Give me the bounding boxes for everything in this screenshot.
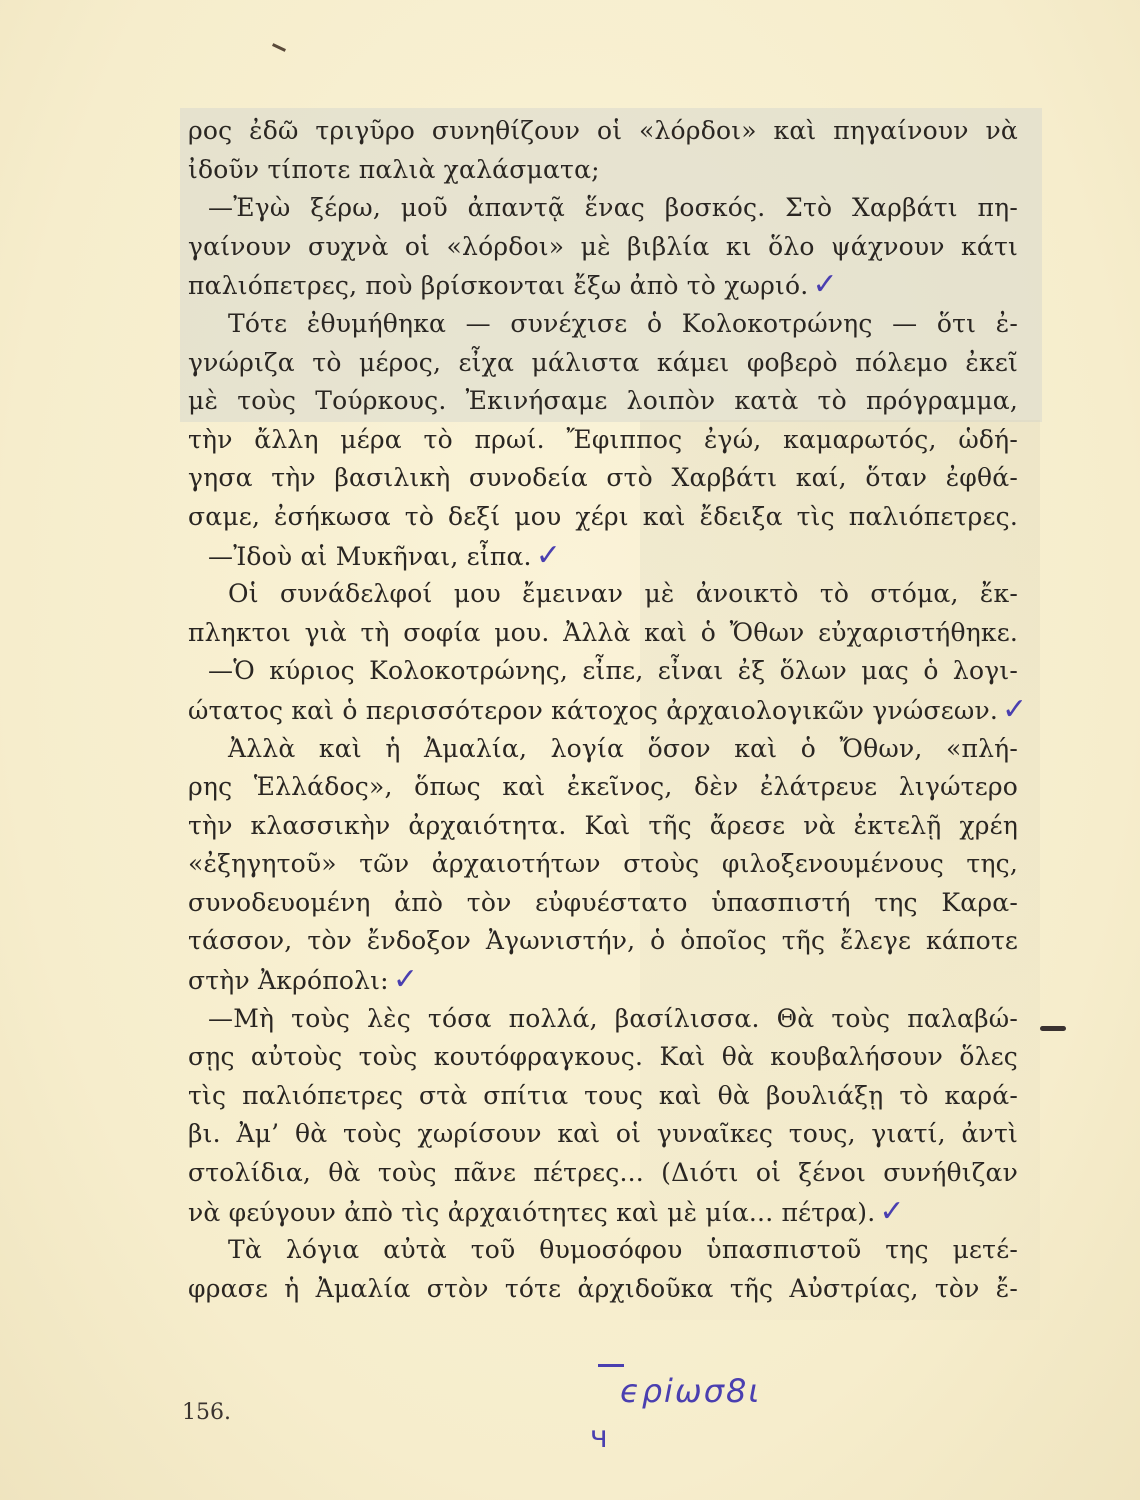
text-line-content: γνώριζα τὸ μέρος, εἶχα μάλιστα κάμει φοβ… — [188, 348, 1018, 377]
text-line: Τότε ἐθυμήθηκα — συνέχισε ὁ Κολοκοτρώνης… — [188, 305, 1018, 344]
text-line: νὰ φεύγουν ἀπὸ τὶς ἀρχαιότητες καὶ μὲ μί… — [188, 1193, 1018, 1232]
text-line: παλιόπετρες, ποὺ βρίσκονται ἔξω ἀπὸ τὸ χ… — [188, 266, 1018, 305]
text-line-content: μὲ τοὺς Τούρκους. Ἐκινήσαμε λοιπὸν κατὰ … — [188, 386, 1018, 415]
text-line: ἰδοῦν τίποτε παλιὰ χαλάσματα; — [188, 151, 1018, 190]
text-line: —Μὴ τοὺς λὲς τόσα πολλά, βασίλισσα. Θὰ τ… — [188, 1000, 1018, 1039]
text-line: —Ἰδοὺ αἱ Μυκῆναι, εἶπα.✓ — [188, 537, 1018, 576]
text-line: Ἀλλὰ καὶ ἡ Ἀμαλία, λογία ὅσον καὶ ὁ Ὄθων… — [188, 730, 1018, 769]
text-line: γαίνουν συχνὰ οἱ «λόρδοι» μὲ βιβλία κι ὅ… — [188, 228, 1018, 267]
text-line-content: Ἀλλὰ καὶ ἡ Ἀμαλία, λογία ὅσον καὶ ὁ Ὄθων… — [228, 734, 1018, 763]
text-line: —Ἐγὼ ξέρω, μοῦ ἀπαντᾷ ἕνας βοσκός. Στὸ Χ… — [188, 189, 1018, 228]
text-line: «ἐξηγητοῦ» τῶν ἀρχαιοτήτων στοὺς φιλοξεν… — [188, 845, 1018, 884]
handwritten-dash — [598, 1364, 624, 1367]
page-number: 156. — [182, 1400, 231, 1425]
text-line: πληκτοι γιὰ τὴ σοφία μου. Ἀλλὰ καὶ ὁ Ὄθω… — [188, 614, 1018, 653]
text-line-content: στολίδια, θὰ τοὺς πᾶνε πέτρες... (Διότι … — [188, 1158, 1018, 1187]
stray-ink-mark — [272, 43, 286, 52]
text-line-content: βι. Ἀμ’ θὰ τοὺς χωρίσουν καὶ οἱ γυναῖκες… — [188, 1119, 1018, 1148]
text-line-content: γησα τὴν βασιλικὴ συνοδεία στὸ Χαρβάτι κ… — [188, 463, 1018, 492]
text-line: τάσσον, τὸν ἔνδοξον Ἀγωνιστήν, ὁ ὁποῖος … — [188, 922, 1018, 961]
text-line-content: σῃς αὐτοὺς τοὺς κουτόφραγκους. Καὶ θὰ κο… — [188, 1042, 1018, 1071]
text-line-content: τὴν ἄλλη μέρα τὸ πρωί. Ἔφιππος ἐγώ, καμα… — [188, 425, 1018, 454]
text-line: στὴν Ἀκρόπολι:✓ — [188, 961, 1018, 1000]
handwritten-check-icon: ✓ — [879, 1194, 904, 1229]
text-line-content: ἰδοῦν τίποτε παλιὰ χαλάσματα; — [188, 155, 600, 184]
text-line-content: στὴν Ἀκρόπολι: — [188, 966, 389, 995]
text-line: τὴν ἄλλη μέρα τὸ πρωί. Ἔφιππος ἐγώ, καμα… — [188, 421, 1018, 460]
text-line: στολίδια, θὰ τοὺς πᾶνε πέτρες... (Διότι … — [188, 1154, 1018, 1193]
text-line: Οἱ συνάδελφοί μου ἔμειναν μὲ ἀνοικτὸ τὸ … — [188, 575, 1018, 614]
text-line: μὲ τοὺς Τούρκους. Ἐκινήσαμε λοιπὸν κατὰ … — [188, 382, 1018, 421]
text-line-content: τὶς παλιόπετρες στὰ σπίτια τους καὶ θὰ β… — [188, 1081, 1018, 1110]
text-line-content: γαίνουν συχνὰ οἱ «λόρδοι» μὲ βιβλία κι ὅ… — [188, 232, 1018, 261]
text-line-content: «ἐξηγητοῦ» τῶν ἀρχαιοτήτων στοὺς φιλοξεν… — [188, 849, 1018, 878]
text-line-content: Τότε ἐθυμήθηκα — συνέχισε ὁ Κολοκοτρώνης… — [228, 309, 1018, 338]
text-line: τὴν κλασσικὴν ἀρχαιότητα. Καὶ τῆς ἄρεσε … — [188, 807, 1018, 846]
text-line: συνοδευομένη ἀπὸ τὸν εὐφυέστατο ὑπασπιστ… — [188, 884, 1018, 923]
handwritten-check-icon: ✓ — [393, 962, 418, 997]
text-line: ώτατος καὶ ὁ περισσότερον κάτοχος ἀρχαιο… — [188, 691, 1018, 730]
text-line-content: ώτατος καὶ ὁ περισσότερον κάτοχος ἀρχαιο… — [188, 696, 998, 725]
text-line-content: φρασε ἡ Ἀμαλία στὸν τότε ἀρχιδοῦκα τῆς Α… — [188, 1274, 1018, 1303]
text-line-content: νὰ φεύγουν ἀπὸ τὶς ἀρχαιότητες καὶ μὲ μί… — [188, 1198, 875, 1227]
text-line-content: παλιόπετρες, ποὺ βρίσκονται ἔξω ἀπὸ τὸ χ… — [188, 271, 808, 300]
text-line-content: —Ἰδοὺ αἱ Μυκῆναι, εἶπα. — [208, 542, 532, 571]
text-line-content: —Μὴ τοὺς λὲς τόσα πολλά, βασίλισσα. Θὰ τ… — [208, 1004, 1018, 1033]
text-line: φρασε ἡ Ἀμαλία στὸν τότε ἀρχιδοῦκα τῆς Α… — [188, 1270, 1018, 1309]
text-line: ρος ἐδῶ τριγῦρο συνηθίζουν οἱ «λόρδοι» κ… — [188, 112, 1018, 151]
text-line-content: Οἱ συνάδελφοί μου ἔμειναν μὲ ἀνοικτὸ τὸ … — [228, 579, 1018, 608]
handwritten-check-icon: ✓ — [812, 267, 837, 302]
text-line: ρης Ἑλλάδος», ὅπως καὶ ἐκεῖνος, δὲν ἐλάτ… — [188, 768, 1018, 807]
handwritten-note: ϵρiωσ8ι — [620, 1372, 761, 1410]
text-line-content: τὴν κλασσικὴν ἀρχαιότητα. Καὶ τῆς ἄρεσε … — [188, 811, 1018, 840]
text-line-content: συνοδευομένη ἀπὸ τὸν εὐφυέστατο ὑπασπιστ… — [188, 888, 1018, 917]
text-line-content: ρος ἐδῶ τριγῦρο συνηθίζουν οἱ «λόρδοι» κ… — [188, 116, 1018, 145]
text-line: τὶς παλιόπετρες στὰ σπίτια τους καὶ θὰ β… — [188, 1077, 1018, 1116]
handwritten-mark: ч — [590, 1420, 608, 1455]
text-line: γνώριζα τὸ μέρος, εἶχα μάλιστα κάμει φοβ… — [188, 344, 1018, 383]
text-line: γησα τὴν βασιλικὴ συνοδεία στὸ Χαρβάτι κ… — [188, 459, 1018, 498]
text-line-content: ρης Ἑλλάδος», ὅπως καὶ ἐκεῖνος, δὲν ἐλάτ… — [188, 772, 1018, 801]
text-line-content: —Ὁ κύριος Κολοκοτρώνης, εἶπε, εἶναι ἐξ ὅ… — [208, 656, 1018, 685]
text-line-content: πληκτοι γιὰ τὴ σοφία μου. Ἀλλὰ καὶ ὁ Ὄθω… — [188, 618, 1018, 647]
text-line-content: τάσσον, τὸν ἔνδοξον Ἀγωνιστήν, ὁ ὁποῖος … — [188, 926, 1018, 955]
text-line-content: Τὰ λόγια αὐτὰ τοῦ θυμοσόφου ὑπασπιστοῦ τ… — [228, 1235, 1018, 1264]
text-line-content: σαμε, ἐσήκωσα τὸ δεξί μου χέρι καὶ ἔδειξ… — [188, 502, 1018, 531]
text-line: βι. Ἀμ’ θὰ τοὺς χωρίσουν καὶ οἱ γυναῖκες… — [188, 1115, 1018, 1154]
margin-ink-mark — [1040, 1026, 1066, 1031]
page-body-text: ρος ἐδῶ τριγῦρο συνηθίζουν οἱ «λόρδοι» κ… — [188, 112, 1018, 1308]
handwritten-check-icon: ✓ — [1002, 692, 1027, 727]
handwritten-check-icon: ✓ — [536, 538, 561, 573]
text-line: Τὰ λόγια αὐτὰ τοῦ θυμοσόφου ὑπασπιστοῦ τ… — [188, 1231, 1018, 1270]
text-line: σῃς αὐτοὺς τοὺς κουτόφραγκους. Καὶ θὰ κο… — [188, 1038, 1018, 1077]
text-line: —Ὁ κύριος Κολοκοτρώνης, εἶπε, εἶναι ἐξ ὅ… — [188, 652, 1018, 691]
text-line: σαμε, ἐσήκωσα τὸ δεξί μου χέρι καὶ ἔδειξ… — [188, 498, 1018, 537]
text-line-content: —Ἐγὼ ξέρω, μοῦ ἀπαντᾷ ἕνας βοσκός. Στὸ Χ… — [208, 193, 1018, 222]
